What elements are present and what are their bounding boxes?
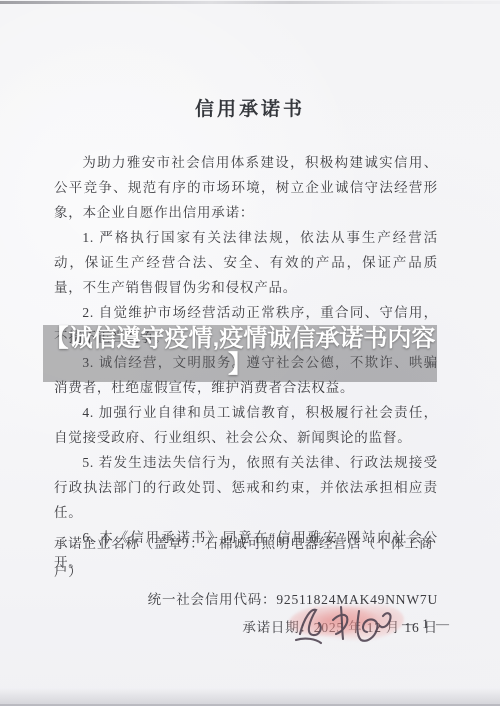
document-title: 信用承诺书 bbox=[0, 94, 500, 121]
commitment-item-1: 1. 严格执行国家有关法律法规，依法从事生产经营活动，保证生产经营合法、安全、有… bbox=[54, 225, 438, 300]
scanned-document-page: 信用承诺书 为助力雅安市社会信用体系建设，积极构建诚实信用、公平竞争、规范有序的… bbox=[0, 0, 500, 706]
signature-stamp bbox=[286, 598, 408, 648]
watermark-text-line2: 】 bbox=[228, 351, 252, 378]
scan-shadow bbox=[0, 688, 500, 706]
page-number: — 1 — bbox=[402, 616, 451, 632]
commitment-item-5: 5. 若发生违法失信行为，依照有关法律、行政法规接受行政执法部门的行政处罚、惩戒… bbox=[54, 450, 438, 525]
scan-edge-artifact bbox=[0, 1, 500, 4]
watermark-banner: 【诚信遵守疫情,疫情诚信承诺书内容 】 bbox=[43, 325, 437, 382]
intro-paragraph: 为助力雅安市社会信用体系建设，积极构建诚实信用、公平竞争、规范有序的市场环境，树… bbox=[54, 150, 438, 225]
handwritten-signature bbox=[286, 598, 408, 648]
commitment-item-4: 4. 加强行业自律和员工诚信教育，积极履行社会责任，自觉接受政府、行业组织、社会… bbox=[54, 400, 438, 450]
company-name-line: 承诺企业名称（盖章）：石棉诚可照明电器经营店（个体工商户） bbox=[54, 530, 438, 586]
watermark-text-line1: 【诚信遵守疫情,疫情诚信承诺书内容 bbox=[45, 325, 436, 352]
